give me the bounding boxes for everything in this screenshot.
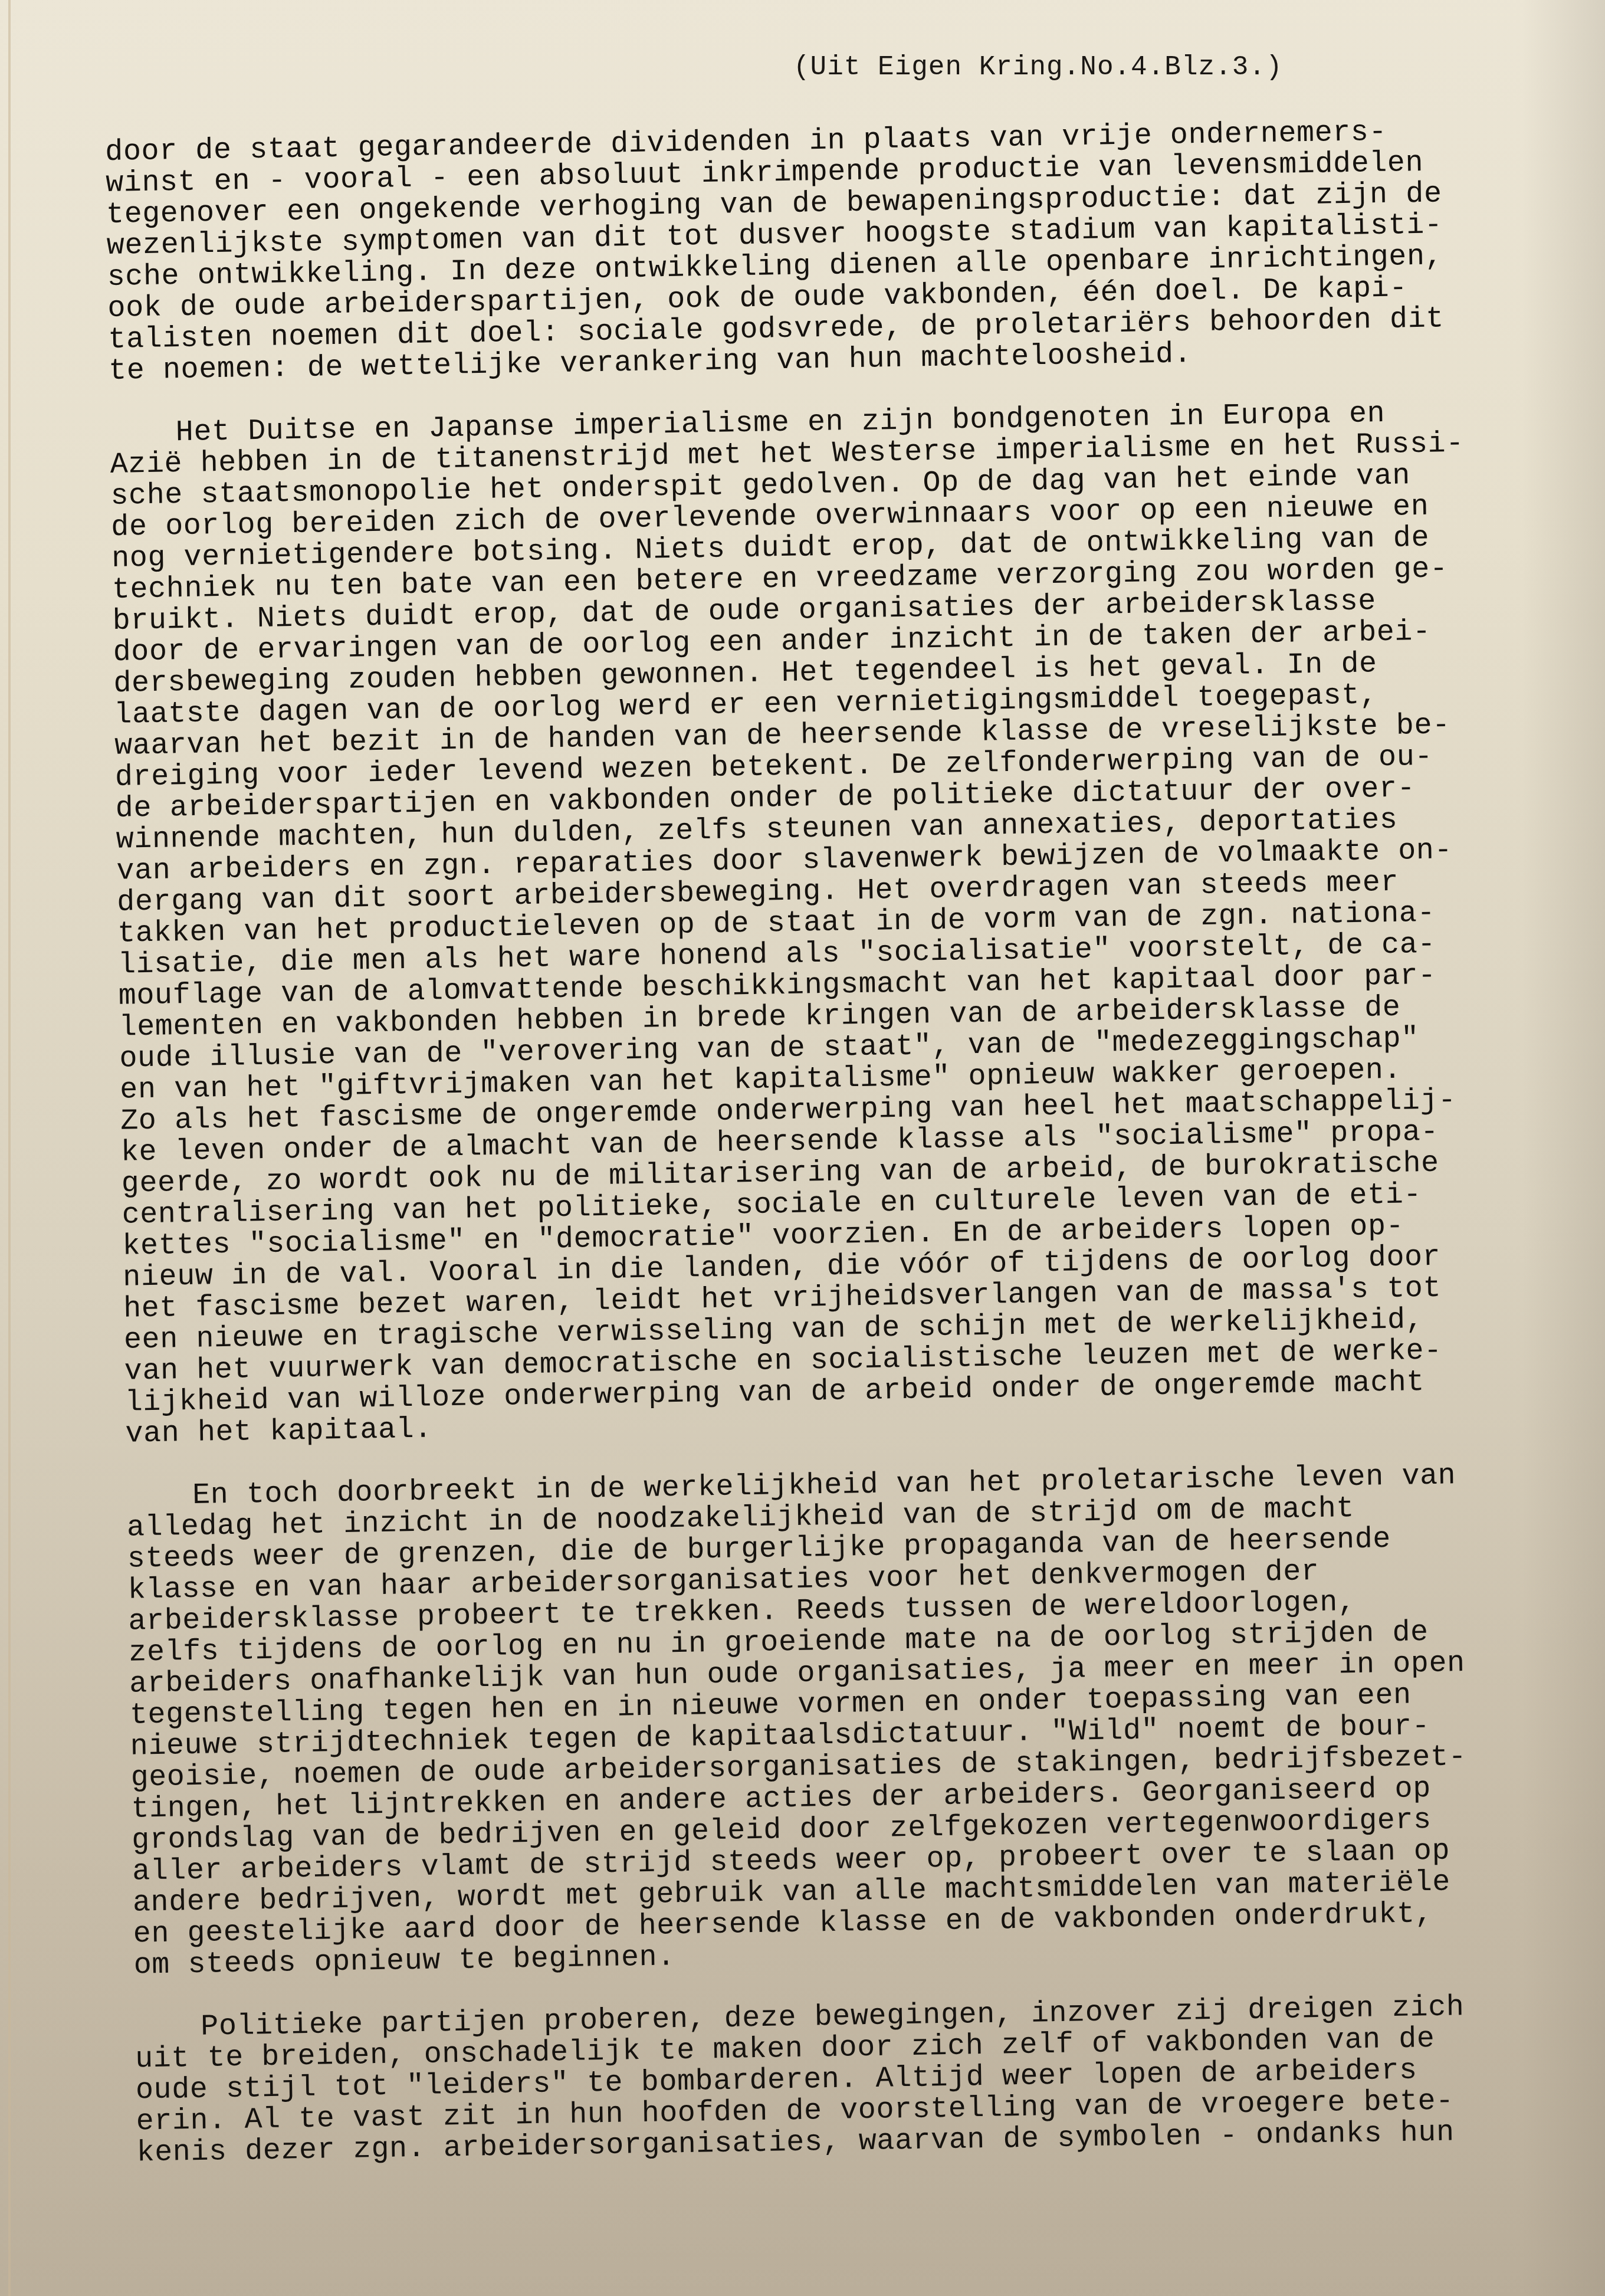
page-reference-header: (Uit Eigen Kring.No.4.Blz.3.) bbox=[793, 52, 1283, 83]
typewritten-page: (Uit Eigen Kring.No.4.Blz.3.) door de st… bbox=[0, 0, 1605, 2296]
document-body: door de staat gegarandeerde dividenden i… bbox=[105, 114, 1565, 2200]
paragraph-1: door de staat gegarandeerde dividenden i… bbox=[105, 114, 1536, 387]
paragraph-4: Politieke partijen proberen, deze bewegi… bbox=[134, 1990, 1564, 2169]
paragraph-3: En toch doorbreekt in de werkelijkheid v… bbox=[126, 1459, 1561, 1982]
paragraph-2: Het Duitse en Japanse imperialisme en zi… bbox=[109, 396, 1553, 1450]
